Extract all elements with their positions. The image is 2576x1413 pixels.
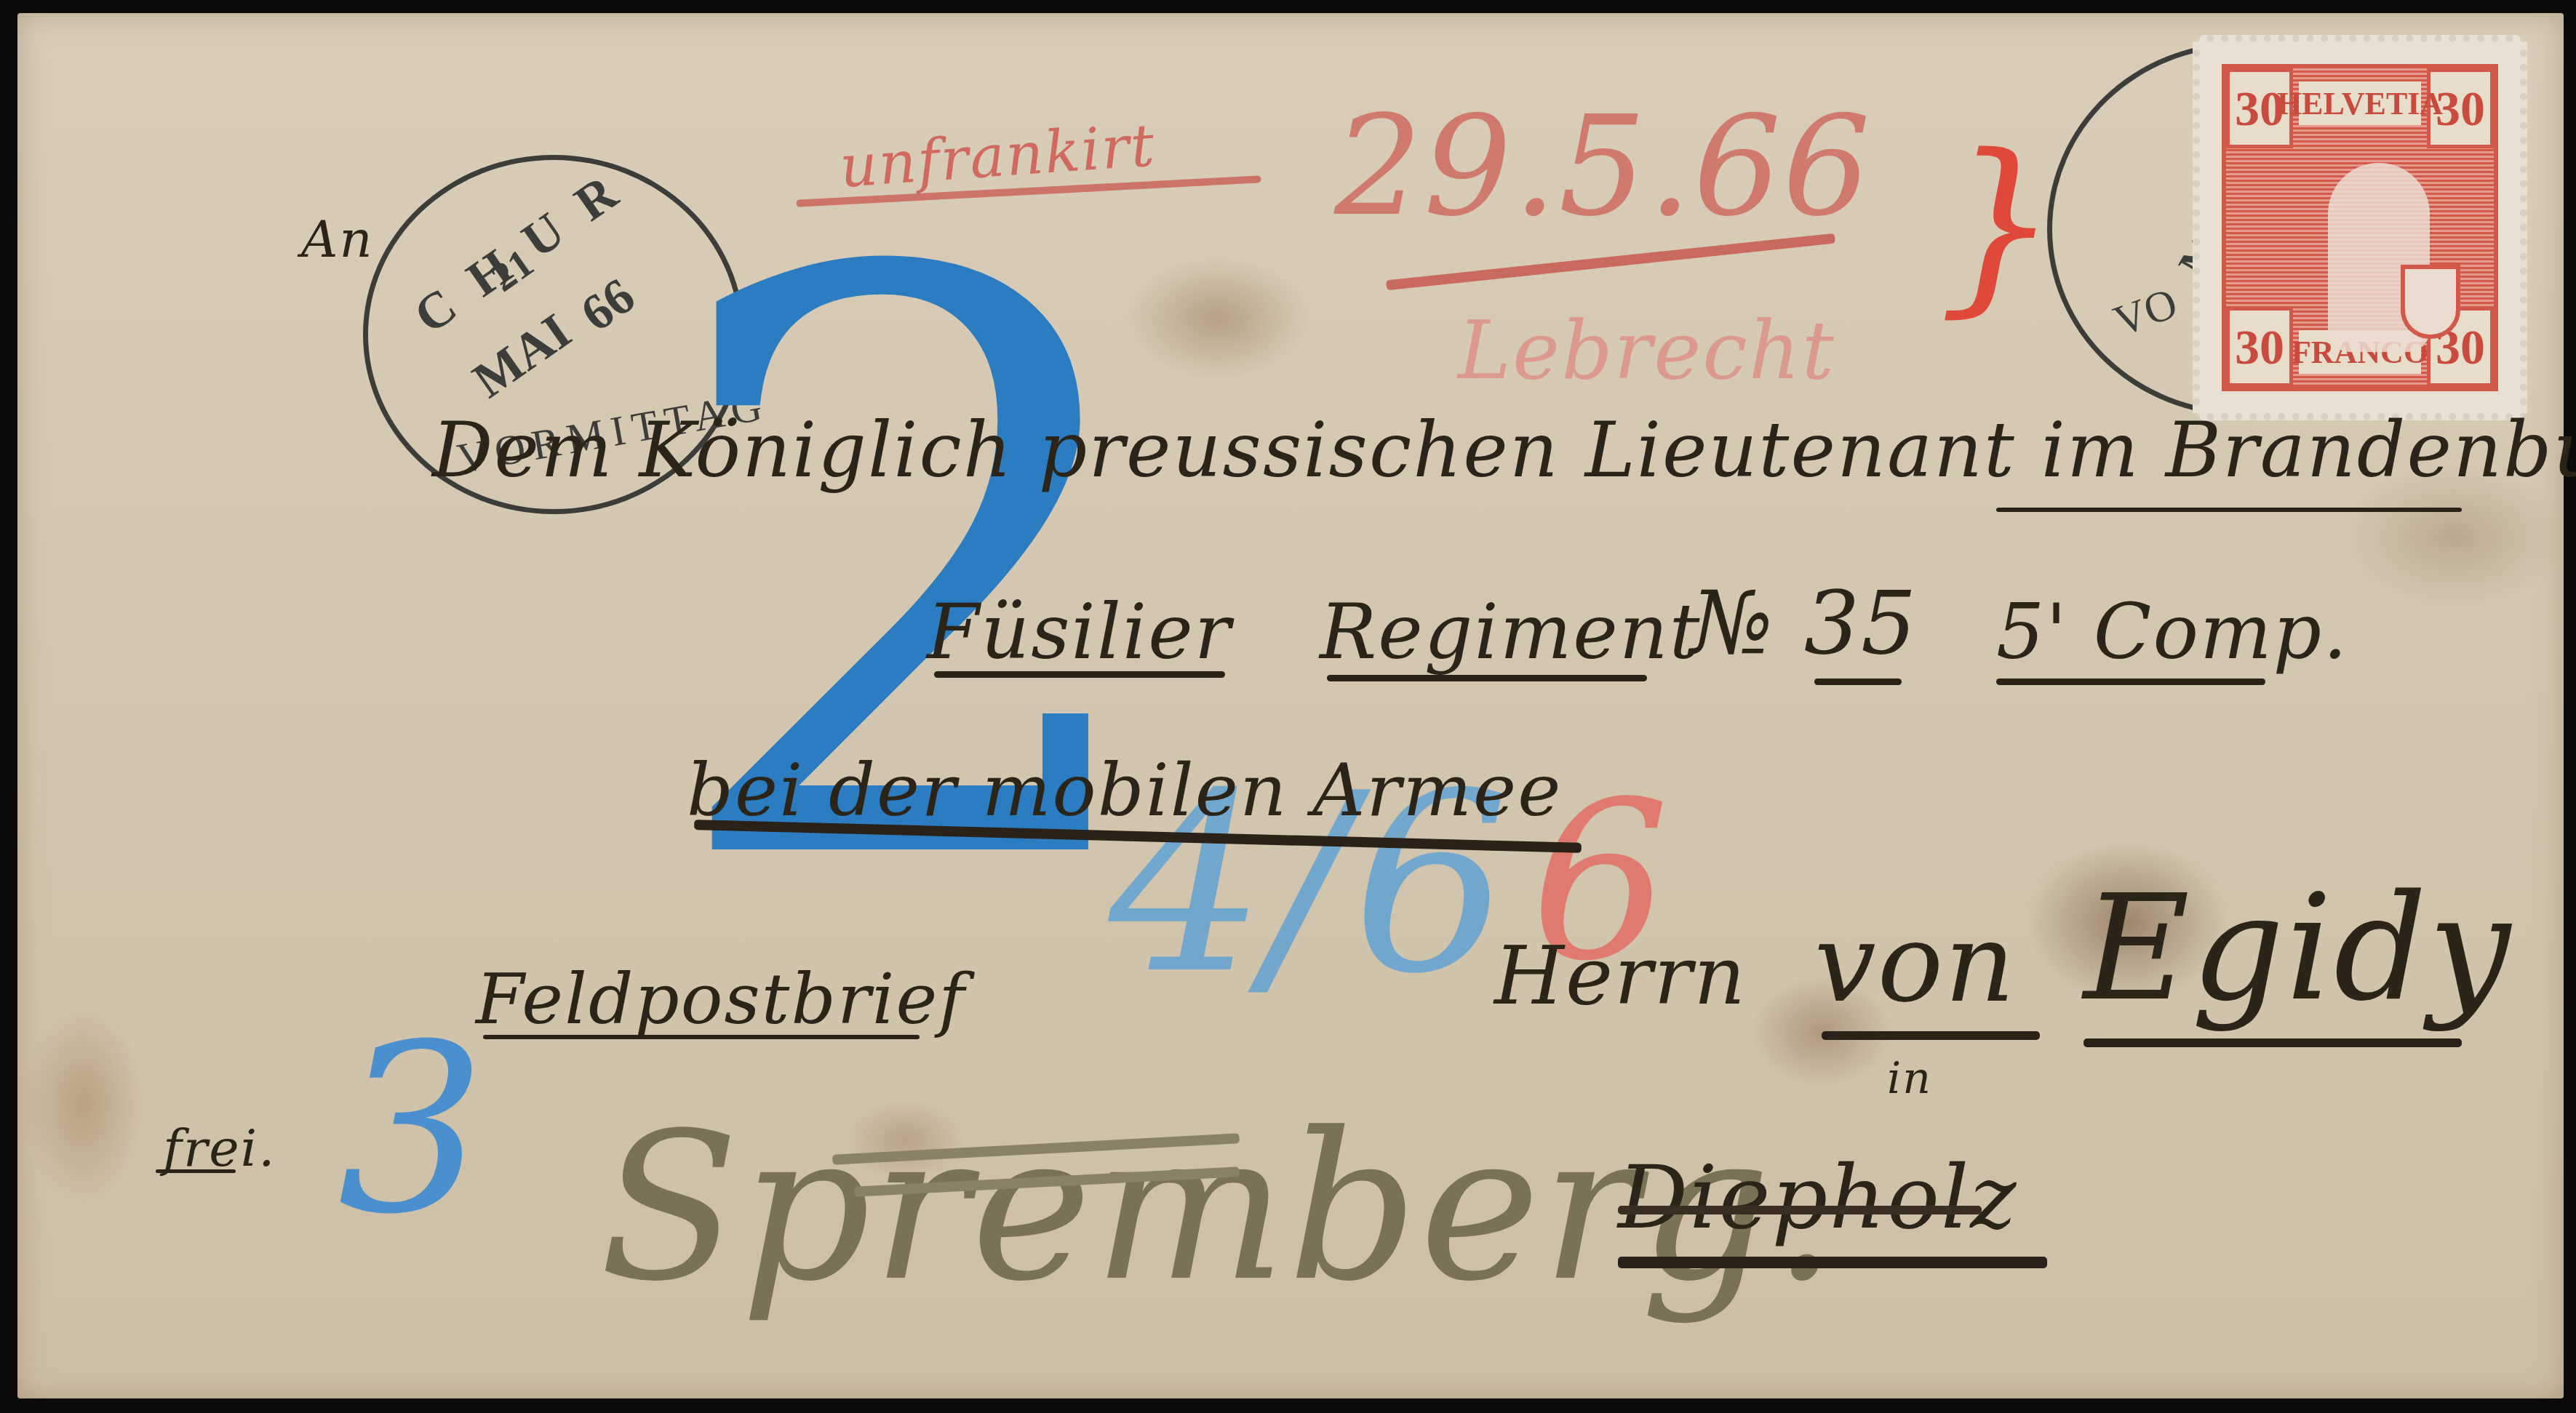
underline-number — [1814, 679, 1902, 685]
blue-numeral-2: 2 — [658, 173, 1168, 973]
underline-regiment — [1327, 675, 1647, 681]
recipient-von: von — [1814, 900, 2017, 1027]
postmark-year: 66 — [570, 267, 645, 344]
underline-fusilier — [934, 671, 1225, 678]
underline-frei — [156, 1169, 236, 1173]
recipient-prefix: Herrn — [1494, 929, 1747, 1022]
swiss-shield-icon — [2401, 265, 2460, 339]
underline-feldpost — [483, 1035, 920, 1039]
underline-company — [1996, 679, 2265, 685]
stamp-country: HELVETIA — [2299, 81, 2421, 125]
address-line-2-company: 5' Comp. — [1996, 588, 2348, 676]
address-line-2-number: № 35 — [1691, 573, 1918, 674]
postmark-month: MAI — [463, 303, 582, 410]
recipient-egidy: Egidy — [2083, 864, 2512, 1033]
underline-egidy — [2083, 1038, 2462, 1047]
red-bracket: } — [1938, 115, 2059, 335]
stamp-value-bl: 30 — [2226, 307, 2293, 387]
underline-von — [1822, 1031, 2040, 1040]
recipient-in: in — [1887, 1053, 1932, 1104]
address-line-3: bei der mobilen Armee — [687, 748, 1562, 833]
red-note-lebrecht: Lebrecht — [1458, 304, 1835, 397]
address-line-2-fusilier: Füsilier — [927, 588, 1232, 676]
postage-stamp: 30 30 30 30 HELVETIA FRANCO — [2193, 35, 2527, 420]
blue-numeral-3: 3 — [338, 995, 487, 1265]
feldpostbrief-note: Feldpostbrief — [476, 958, 966, 1040]
envelope: CHUR 21 MAI 66 VORMITTAG MAI 66 VO 30 30… — [17, 13, 2564, 1398]
address-line-1: Dem Königlich preussischen Lieutenant im… — [432, 406, 2576, 495]
strike-destination — [1618, 1206, 1982, 1214]
salutation-an: An — [301, 209, 374, 269]
red-date: 29.5.66 — [1334, 86, 1872, 247]
underline-brandenburg — [1996, 508, 2462, 512]
underline-destination — [1618, 1257, 2047, 1268]
postmark-right-time: VO — [2108, 278, 2184, 346]
address-line-2-regiment: Regiment — [1320, 588, 1702, 676]
crossed-destination: Diepholz — [1618, 1148, 2018, 1249]
